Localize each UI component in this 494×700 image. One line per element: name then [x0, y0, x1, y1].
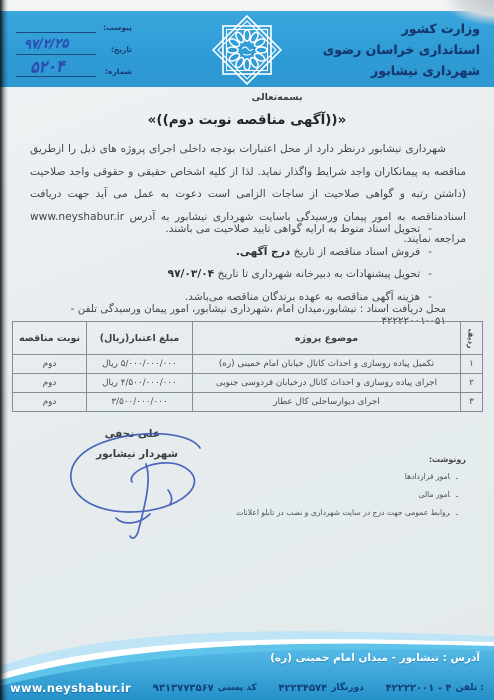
table-header-row: ردیف موضوع پروژه مبلغ اعتبار(ریال) نوبت … — [13, 322, 483, 355]
contact-value: ۹۳۱۳۷۷۳۵۶۷ — [153, 683, 214, 694]
bullet-dash-icon: - — [428, 246, 432, 258]
cc-bullet-icon: ـ — [456, 509, 458, 517]
besmele-text: بسمه‌تعالی — [0, 92, 494, 103]
cc-item: ـروابط عمومی جهت درج در سایت شهرداری و ن… — [216, 504, 466, 522]
cc-item: ـامور مالی — [216, 486, 466, 504]
cc-block: رونوشت: ـامور قراردادهاـامور مالیـروابط … — [216, 455, 466, 522]
tender-cell-amt: ۴/۵۰۰/۰۰۰/۰۰۰ ریال — [87, 374, 193, 393]
col-header-subject: موضوع پروژه — [193, 322, 461, 355]
col-header-amount: مبلغ اعتبار(ریال) — [87, 322, 193, 355]
tender-cell-subj: اجرای دیوارساحلی کال عطار — [193, 393, 461, 412]
page-top-margin — [0, 0, 494, 11]
org-line-governorate: استانداری خراسان رضوی — [323, 39, 480, 60]
cc-items: ـامور قراردادهاـامور مالیـروابط عمومی جه… — [216, 468, 466, 522]
contact-label: دورنگار — [331, 683, 364, 693]
footer-contacts: www.neyshabur.ir۹۳۱۳۷۷۳۵۶۷کد پستی۴۲۲۳۴۵۷… — [10, 681, 484, 695]
tender-cell-subj: اجرای پیاده روسازی و احداث کانال درخیابا… — [193, 374, 461, 393]
meta-field-row: شماره:۵۲۰۴ — [14, 61, 132, 83]
tender-table: ردیف موضوع پروژه مبلغ اعتبار(ریال) نوبت … — [12, 321, 482, 412]
bullet-dash-icon: - — [428, 223, 432, 235]
bullet-dash-icon: - — [428, 291, 432, 303]
conditions-list: -تحویل اسناد منوط به ارایه گواهی تایید ص… — [40, 218, 432, 308]
footer-contact-site: www.neyshabur.ir — [10, 681, 131, 695]
tender-table-body: ۱تکمیل پیاده روسازی و احداث کانال خیابان… — [13, 355, 483, 412]
cc-bullet-icon: ـ — [456, 473, 458, 481]
tender-row: ۳اجرای دیوارساحلی کال عطار۳/۵۰۰/۰۰۰/۰۰۰د… — [13, 393, 483, 412]
tender-cell-round: دوم — [13, 393, 87, 412]
meta-field-line — [16, 76, 96, 77]
page-curl-artifact — [442, 0, 494, 26]
cc-label: رونوشت: — [216, 455, 466, 464]
tender-cell-amt: ۳/۵۰۰/۰۰۰/۰۰۰ — [87, 393, 193, 412]
footer-contact-fax: ۴۲۲۳۴۵۷۴دورنگار — [278, 683, 363, 694]
condition-item: -تحویل اسناد منوط به ارایه گواهی تایید ص… — [40, 218, 432, 241]
signature-block: علی نجفی شهردار نیشابور — [28, 420, 248, 550]
org-hierarchy: وزارت کشور استانداری خراسان رضوی شهرداری… — [323, 18, 480, 81]
col-header-round: نوبت مناقصه — [13, 322, 87, 355]
footer-contact-postal: ۹۳۱۳۷۷۳۵۶۷کد پستی — [153, 683, 257, 694]
municipality-seal-icon — [205, 13, 289, 87]
tender-cell-amt: ۵/۰۰۰/۰۰۰/۰۰۰ ریال — [87, 355, 193, 374]
tender-cell-no: ۲ — [461, 374, 483, 393]
col-header-row-number: ردیف — [461, 322, 483, 355]
cc-bullet-icon: ـ — [456, 491, 458, 499]
condition-item: -فروش اسناد مناقصه از تاریخ درج آگهی. — [40, 241, 432, 264]
tender-cell-no: ۳ — [461, 393, 483, 412]
tender-cell-subj: تکمیل پیاده روسازی و احداث کانال خیابان … — [193, 355, 461, 374]
condition-item: -تحویل پیشنهادات به دبیرخانه شهرداری تا … — [40, 263, 432, 286]
meta-field-row: پیوست: — [14, 17, 132, 39]
contact-label: www.neyshabur.ir — [10, 681, 131, 695]
tender-cell-no: ۱ — [461, 355, 483, 374]
contact-value: ۴۲۲۲۲۰۰۱ - ۴ — [386, 683, 452, 694]
meta-field-line — [16, 54, 96, 55]
meta-field-label: تاریخ: — [111, 45, 132, 54]
scan-edge-shadow — [0, 0, 8, 700]
tender-cell-round: دوم — [13, 355, 87, 374]
handwritten-signature-icon — [28, 420, 248, 550]
org-line-municipality: شهرداری نیشابور — [323, 60, 480, 81]
meta-field-label: شماره: — [105, 67, 132, 76]
meta-field-label: پیوست: — [103, 23, 132, 32]
contact-label: کد پستی — [218, 683, 257, 693]
footer-contact-phone: ۴۲۲۲۲۰۰۱ - ۴تلفن : — [386, 683, 484, 694]
footer: آدرس : نیشابور - میدان امام خمینی (ره) w… — [0, 608, 494, 700]
meta-field-handwritten-value: ۵۲۰۴ — [30, 56, 65, 76]
tender-row: ۱تکمیل پیاده روسازی و احداث کانال خیابان… — [13, 355, 483, 374]
cc-item: ـامور قراردادها — [216, 468, 466, 486]
letter-meta-fields: پیوست:تاریخ:۹۷/۲/۲۵شماره:۵۲۰۴ — [14, 17, 132, 83]
tender-cell-round: دوم — [13, 374, 87, 393]
contact-value: ۴۲۲۳۴۵۷۴ — [278, 683, 327, 694]
scanned-letter-page: وزارت کشور استانداری خراسان رضوی شهرداری… — [0, 0, 494, 700]
tender-title: «((آگهی مناقصه نوبت دوم))» — [0, 112, 494, 128]
contact-label: تلفن : — [456, 683, 484, 693]
meta-field-line — [16, 32, 96, 33]
footer-address: آدرس : نیشابور - میدان امام خمینی (ره) — [270, 652, 480, 664]
bullet-dash-icon: - — [428, 268, 432, 280]
tender-row: ۲اجرای پیاده روسازی و احداث کانال درخیاب… — [13, 374, 483, 393]
letterhead-band: وزارت کشور استانداری خراسان رضوی شهرداری… — [0, 11, 494, 87]
meta-field-handwritten-value: ۹۷/۲/۲۵ — [24, 36, 69, 53]
